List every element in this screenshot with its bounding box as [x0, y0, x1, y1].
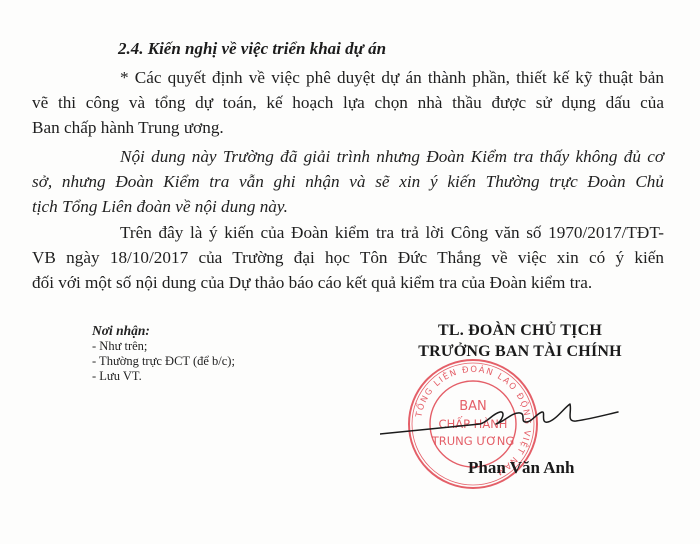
recipients-block: Nơi nhận: - Như trên; - Thường trực ĐCT …	[92, 323, 235, 384]
signature-title-line2: TRƯỞNG BAN TÀI CHÍNH	[410, 341, 630, 362]
section-heading: 2.4. Kiến nghị về việc triển khai dự án	[118, 39, 386, 59]
paragraph-line: Trên đây là ý kiến của Đoàn kiểm tra trả…	[32, 220, 664, 245]
signer-name: Phan Văn Anh	[468, 458, 574, 478]
handwritten-signature-icon	[380, 400, 620, 440]
paragraph-line: Ban chấp hành Trung ương.	[32, 115, 664, 140]
paragraph-line: tịch Tổng Liên đoàn về nội dung này.	[32, 194, 664, 219]
recipients-title: Nơi nhận:	[92, 323, 235, 338]
paragraph-line: Nội dung này Trường đã giải trình nhưng …	[32, 144, 664, 169]
paragraph-decisions: * Các quyết định về việc phê duyệt dự án…	[32, 65, 664, 140]
signature-block: TL. ĐOÀN CHỦ TỊCH TRƯỞNG BAN TÀI CHÍNH	[410, 320, 630, 362]
paragraph-line: VB ngày 18/10/2017 của Trường đại học Tô…	[32, 245, 664, 270]
paragraph-conclusion: Trên đây là ý kiến của Đoàn kiểm tra trả…	[32, 220, 664, 295]
paragraph-line: đối với một số nội dung của Dự thảo báo …	[32, 270, 664, 295]
paragraph-line: * Các quyết định về việc phê duyệt dự án…	[32, 65, 664, 90]
recipient-item: - Thường trực ĐCT (để b/c);	[92, 354, 235, 369]
recipient-item: - Lưu VT.	[92, 369, 235, 384]
recipient-item: - Như trên;	[92, 339, 235, 354]
paragraph-line: vẽ thi công và tổng dự toán, kế hoạch lự…	[32, 90, 664, 115]
document-page: 2.4. Kiến nghị về việc triển khai dự án …	[0, 0, 700, 544]
paragraph-line: sở, nhưng Đoàn Kiểm tra vẫn ghi nhận và …	[32, 169, 664, 194]
paragraph-explanation: Nội dung này Trường đã giải trình nhưng …	[32, 144, 664, 219]
signature-title-line1: TL. ĐOÀN CHỦ TỊCH	[410, 320, 630, 341]
